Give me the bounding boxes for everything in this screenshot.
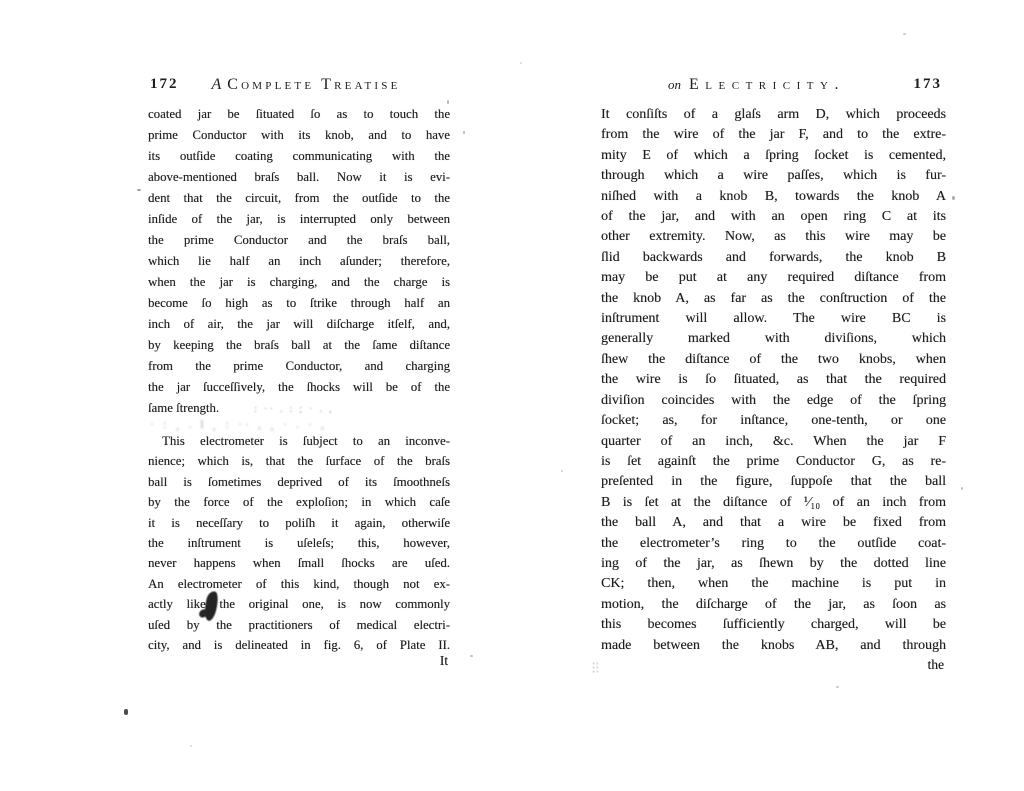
ink-smudge: : ·· . : ; · . , bbox=[254, 403, 334, 415]
text-line: other extremity. Now, as this wire may b… bbox=[601, 227, 946, 247]
text-line: of the jar, and with an open ring C at i… bbox=[601, 207, 946, 227]
running-title-text: Electricity. bbox=[689, 76, 845, 93]
text-line: the wire is ſo ſituated, as that the req… bbox=[601, 370, 946, 390]
text-line: ſlid backwards and forwards, the knob B bbox=[601, 248, 946, 268]
text-line: never happens when ſmall ſhocks are uſed… bbox=[148, 553, 450, 573]
text-line: actly like the original one, is now comm… bbox=[148, 594, 450, 614]
right-page: onElectricity. 173 It conſiſts of a glaſ… bbox=[601, 76, 946, 716]
right-page-number: 173 bbox=[914, 76, 943, 93]
running-title-prefix: on bbox=[668, 77, 681, 92]
text-line: it is neceſſary to poliſh it again, othe… bbox=[148, 513, 450, 533]
right-running-title: onElectricity. bbox=[601, 76, 946, 94]
scan-speck bbox=[463, 131, 465, 134]
text-line: coated jar be ſituated ſo as to touch th… bbox=[148, 104, 450, 125]
text-line: this becomes ſufficiently charged, will … bbox=[601, 615, 946, 635]
text-line: from the wire of the jar F, and to the e… bbox=[601, 125, 946, 145]
scan-speck bbox=[190, 745, 192, 747]
text-line: above-mentioned braſs ball. Now it is ev… bbox=[148, 167, 450, 188]
text-line: inſtrument will allow. The wire BC is bbox=[601, 309, 946, 329]
text-line: inſide of the jar, is interrupted only b… bbox=[148, 209, 450, 230]
text-line: ing of the jar, as ſhewn by the dotted l… bbox=[601, 554, 946, 574]
text-line: This electrometer is ſubject to an incon… bbox=[148, 431, 450, 451]
text-line: the knob A, as far as the conſtruction o… bbox=[601, 289, 946, 309]
text-line: diviſion coincides with the edge of the … bbox=[601, 391, 946, 411]
text-line: ball is ſometimes deprived of its ſmooth… bbox=[148, 472, 450, 492]
text-line: generally marked with diviſions, which bbox=[601, 329, 946, 349]
text-line: from the prime Conductor, and charging bbox=[148, 356, 450, 377]
text-line: the jar ſucceſſively, the ſhocks will be… bbox=[148, 377, 450, 398]
text-line: through which a wire paſſes, which is fu… bbox=[601, 166, 946, 186]
text-line: is ſet againſt the prime Conductor G, as… bbox=[601, 452, 946, 472]
scan-speck bbox=[447, 100, 449, 104]
text-line: by keeping the braſs ball at the ſame di… bbox=[148, 335, 450, 356]
text-line: dent that the circuit, from the outſide … bbox=[148, 188, 450, 209]
text-line: It conſiſts of a glaſs arm D, which proc… bbox=[601, 105, 946, 125]
text-line: may be put at any required diſtance from bbox=[601, 268, 946, 288]
printer-mark: ::: bbox=[590, 662, 602, 674]
left-page-header: 172 AComplete Treatise bbox=[148, 76, 450, 98]
text-line: quarter of an inch, &c. When the jar F bbox=[601, 432, 946, 452]
running-title-article: A bbox=[211, 76, 221, 93]
ghost-text-smudge: · : ¸ . l ˛ : ·· , ¸ · . · , bbox=[150, 417, 400, 432]
text-line: preſented in the figure, ſuppoſe that th… bbox=[601, 472, 946, 492]
text-line: the electrometer’s ring to the outſide c… bbox=[601, 534, 946, 554]
text-line: nience; which is, that the ſurface of th… bbox=[148, 451, 450, 471]
book-scan: { "left_page": { "page_number": "172", "… bbox=[0, 0, 1024, 791]
left-page-number: 172 bbox=[150, 76, 179, 93]
scan-speck bbox=[137, 189, 141, 191]
scan-speck bbox=[836, 686, 839, 688]
text-line: CK; then, when the machine is put in bbox=[601, 574, 946, 594]
scan-speck bbox=[961, 487, 963, 490]
left-catchword: It bbox=[440, 653, 448, 669]
text-line: the ball A, and that a wire be fixed fro… bbox=[601, 513, 946, 533]
scan-speck bbox=[561, 470, 563, 472]
text-line: when the jar is charging, and the charge… bbox=[148, 272, 450, 293]
text-line: which lie half an inch aſunder; therefor… bbox=[148, 251, 450, 272]
text-line: ſocket; as, for inſtance, one-tenth, or … bbox=[601, 411, 946, 431]
running-title-text: Complete Treatise bbox=[227, 76, 400, 93]
text-line: niſhed with a knob B, towards the knob A bbox=[601, 187, 946, 207]
left-paragraph-2: This electrometer is ſubject to an incon… bbox=[148, 431, 450, 655]
text-line: the prime Conductor and the braſs ball, bbox=[148, 230, 450, 251]
text-line: B is ſet at the diſtance of ¹⁄₁₀ of an i… bbox=[601, 493, 946, 513]
text-line: inch of air, the jar will diſcharge itſe… bbox=[148, 314, 450, 335]
text-line: the inſtrument is uſeleſs; this, however… bbox=[148, 533, 450, 553]
left-paragraph-1: coated jar be ſituated ſo as to touch th… bbox=[148, 104, 450, 419]
text-line: uſed by the practitioners of medical ele… bbox=[148, 615, 450, 635]
right-page-header: onElectricity. 173 bbox=[601, 76, 946, 98]
text-line: its outſide coating communicating with t… bbox=[148, 146, 450, 167]
text-line: mity E of which a ſpring ſocket is cemen… bbox=[601, 146, 946, 166]
text-line: prime Conductor with its knob, and to ha… bbox=[148, 125, 450, 146]
text-line: by the force of the exploſion; in which … bbox=[148, 492, 450, 512]
right-catchword: the bbox=[928, 657, 945, 673]
scan-speck bbox=[952, 196, 955, 200]
text-line: An electrometer of this kind, though not… bbox=[148, 574, 450, 594]
scan-speck bbox=[124, 709, 128, 715]
text-line: made between the knobs AB, and through bbox=[601, 636, 946, 656]
text-line: become ſo high as to ſtrike through half… bbox=[148, 293, 450, 314]
scan-speck bbox=[520, 62, 522, 64]
left-running-title: AComplete Treatise bbox=[148, 76, 450, 94]
text-line: city, and is delineated in fig. 6, of Pl… bbox=[148, 635, 450, 655]
scan-speck bbox=[903, 33, 906, 35]
scan-speck bbox=[470, 655, 473, 657]
right-paragraph: It conſiſts of a glaſs arm D, which proc… bbox=[601, 105, 946, 656]
left-page: 172 AComplete Treatise coated jar be ſit… bbox=[148, 76, 450, 716]
text-line: ſhew the diſtance of the two knobs, when bbox=[601, 350, 946, 370]
text-line: motion, the diſcharge of the jar, as ſoo… bbox=[601, 595, 946, 615]
